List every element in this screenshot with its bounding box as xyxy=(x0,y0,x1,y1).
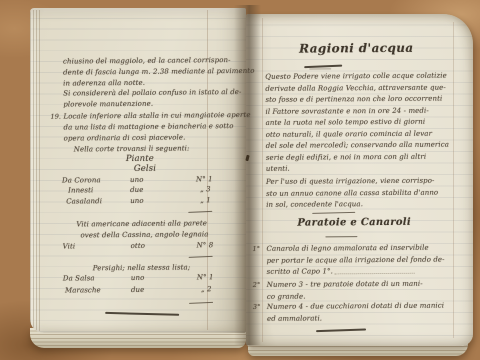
handwritten-line: sto fosso e di pertinenza non che loro o… xyxy=(265,94,448,107)
right-page-text: Ragioni d'acqua Questo Podere viene irri… xyxy=(0,0,480,360)
section-rule-below xyxy=(325,236,357,238)
handwritten-line: Questo Podere viene irrigato colle acque… xyxy=(265,71,448,84)
closing-rule xyxy=(316,328,366,332)
handwritten-line: Per l'uso di questa irrigazione, viene c… xyxy=(266,176,438,189)
handwritten-line: per portar le acque alla irrigazione del… xyxy=(267,254,445,267)
paragraph: Per l'uso di questa irrigazione, viene c… xyxy=(266,176,438,212)
page-title: Ragioni d'acqua xyxy=(299,43,414,55)
handwritten-line: sto un annuo canone alla cassa stabilita… xyxy=(266,187,438,200)
handwritten-line: Canarola di legno ammalorata ed inservib… xyxy=(266,243,444,256)
handwritten-line: in sol, concedente l'acqua. xyxy=(266,199,438,212)
handwritten-line: ante la ruota nel solo tempo estivo di g… xyxy=(266,117,449,130)
manuscript-photo: chiusino del maggiolo, ed la cancel corr… xyxy=(0,0,480,360)
handwritten-line: utenti. xyxy=(266,163,449,176)
handwritten-line: Numero 4 - due cucchiaroni dotati di due… xyxy=(267,301,444,314)
item-number: 3° xyxy=(253,302,261,314)
list-item: Numero 3 - tre paratoie dotate di un man… xyxy=(267,279,423,303)
handwritten-line: serie degli edifizi, e noi in mora con g… xyxy=(266,151,449,164)
section-rule-above xyxy=(312,212,355,214)
section-heading: Paratoie e Canaroli xyxy=(297,217,411,229)
item-number: 1° xyxy=(252,244,260,256)
list-item: Numero 4 - due cucchiaroni dotati di due… xyxy=(267,301,444,325)
paragraph: Questo Podere viene irrigato colle acque… xyxy=(265,71,449,176)
handwritten-line: Numero 3 - tre paratoie dotate di un man… xyxy=(267,279,423,292)
item-number: 2° xyxy=(253,280,261,292)
handwritten-line: del sole del mercoledì; conservando alla… xyxy=(266,140,449,153)
title-underline-2 xyxy=(309,68,331,69)
handwritten-line: ed ammalorati. xyxy=(267,312,444,325)
